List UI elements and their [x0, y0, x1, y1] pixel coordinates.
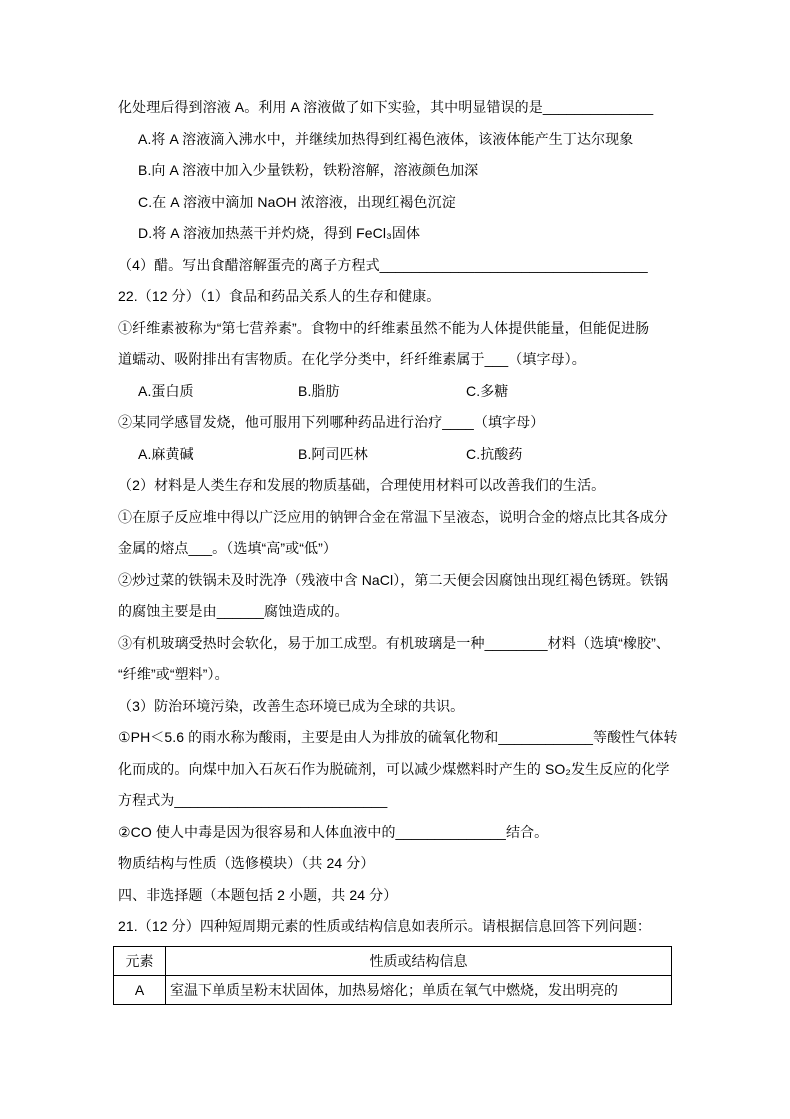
- document-lines: 化处理后得到溶液 A。利用 A 溶液做了如下实验，其中明显错误的是_______…: [118, 92, 680, 943]
- choice-option: B.阿司匹林: [298, 439, 466, 471]
- choice-row: A.蛋白质B.脂肪C.多糖: [118, 376, 680, 408]
- document-line: C.在 A 溶液中滴加 NaOH 浓溶液，出现红褐色沉淀: [118, 187, 680, 219]
- document-line: 21.（12 分）四种短周期元素的性质或结构信息如表所示。请根据信息回答下列问题…: [118, 911, 680, 943]
- document-content: 化处理后得到溶液 A。利用 A 溶液做了如下实验，其中明显错误的是_______…: [118, 92, 680, 1005]
- choice-option: B.脂肪: [298, 376, 466, 408]
- table-row: A 室温下单质呈粉末状固体，加热易熔化；单质在氧气中燃烧，发出明亮的: [114, 975, 672, 1004]
- document-line: （3）防治环境污染，改善生态环境已成为全球的共识。: [118, 691, 680, 723]
- table-cell-element: A: [114, 975, 166, 1004]
- document-line: ②CO 使人中毒是因为很容易和人体血液中的______________结合。: [118, 817, 680, 849]
- choice-option: C.抗酸药: [466, 439, 523, 471]
- document-line: ②某同学感冒发烧，他可服用下列哪种药品进行治疗____（填字母）: [118, 407, 680, 439]
- document-line: ①PH＜5.6 的雨水称为酸雨，主要是由人为排放的硫氧化物和__________…: [118, 722, 680, 754]
- document-line: D.将 A 溶液加热蒸干并灼烧，得到 FeCl₃固体: [118, 218, 680, 250]
- document-line: 金属的熔点___。（选填“高”或“低”）: [118, 533, 680, 565]
- choice-option: A.麻黄碱: [138, 439, 298, 471]
- choice-row: A.麻黄碱B.阿司匹林C.抗酸药: [118, 439, 680, 471]
- document-line: 方程式为___________________________: [118, 785, 680, 817]
- document-line: 化处理后得到溶液 A。利用 A 溶液做了如下实验，其中明显错误的是_______…: [118, 92, 680, 124]
- document-page: 化处理后得到溶液 A。利用 A 溶液做了如下实验，其中明显错误的是_______…: [0, 0, 790, 1119]
- document-line: ①纤维素被称为“第七营养素”。食物中的纤维素虽然不能为人体提供能量，但能促进肠: [118, 313, 680, 345]
- document-line: ③有机玻璃受热时会软化，易于加工成型。有机玻璃是一种________材料（选填“…: [118, 628, 680, 660]
- table-header-info: 性质或结构信息: [166, 946, 672, 975]
- document-line: 物质结构与性质（选修模块）（共 24 分）: [118, 848, 680, 880]
- choice-option: C.多糖: [466, 376, 508, 408]
- document-line: ①在原子反应堆中得以广泛应用的钠钾合金在常温下呈液态，说明合金的熔点比其各成分: [118, 502, 680, 534]
- document-line: “纤维”或“塑料”）。: [118, 659, 680, 691]
- document-line: 化而成的。向煤中加入石灰石作为脱硫剂，可以减少煤燃料时产生的 SO₂发生反应的化…: [118, 754, 680, 786]
- document-line: ②炒过菜的铁锅未及时洗净（残液中含 NaCl），第二天便会因腐蚀出现红褐色锈斑。…: [118, 565, 680, 597]
- table-header-row: 元素 性质或结构信息: [114, 946, 672, 975]
- document-line: 四、非选择题（本题包括 2 小题，共 24 分）: [118, 880, 680, 912]
- table-header-element: 元素: [114, 946, 166, 975]
- table-cell-info: 室温下单质呈粉末状固体，加热易熔化；单质在氧气中燃烧，发出明亮的: [166, 975, 672, 1004]
- choice-option: A.蛋白质: [138, 376, 298, 408]
- document-line: 道蠕动、吸附排出有害物质。在化学分类中，纤纤维素属于___（填字母）。: [118, 344, 680, 376]
- document-line: （4）醋。写出食醋溶解蛋壳的离子方程式_____________________…: [118, 250, 680, 282]
- document-line: 的腐蚀主要是由______腐蚀造成的。: [118, 596, 680, 628]
- document-line: （2）材料是人类生存和发展的物质基础，合理使用材料可以改善我们的生活。: [118, 470, 680, 502]
- document-line: 22.（12 分）（1）食品和药品关系人的生存和健康。: [118, 281, 680, 313]
- document-line: B.向 A 溶液中加入少量铁粉，铁粉溶解，溶液颜色加深: [118, 155, 680, 187]
- info-table: 元素 性质或结构信息 A 室温下单质呈粉末状固体，加热易熔化；单质在氧气中燃烧，…: [113, 946, 672, 1005]
- document-line: A.将 A 溶液滴入沸水中，并继续加热得到红褐色液体，该液体能产生丁达尔现象: [118, 124, 680, 156]
